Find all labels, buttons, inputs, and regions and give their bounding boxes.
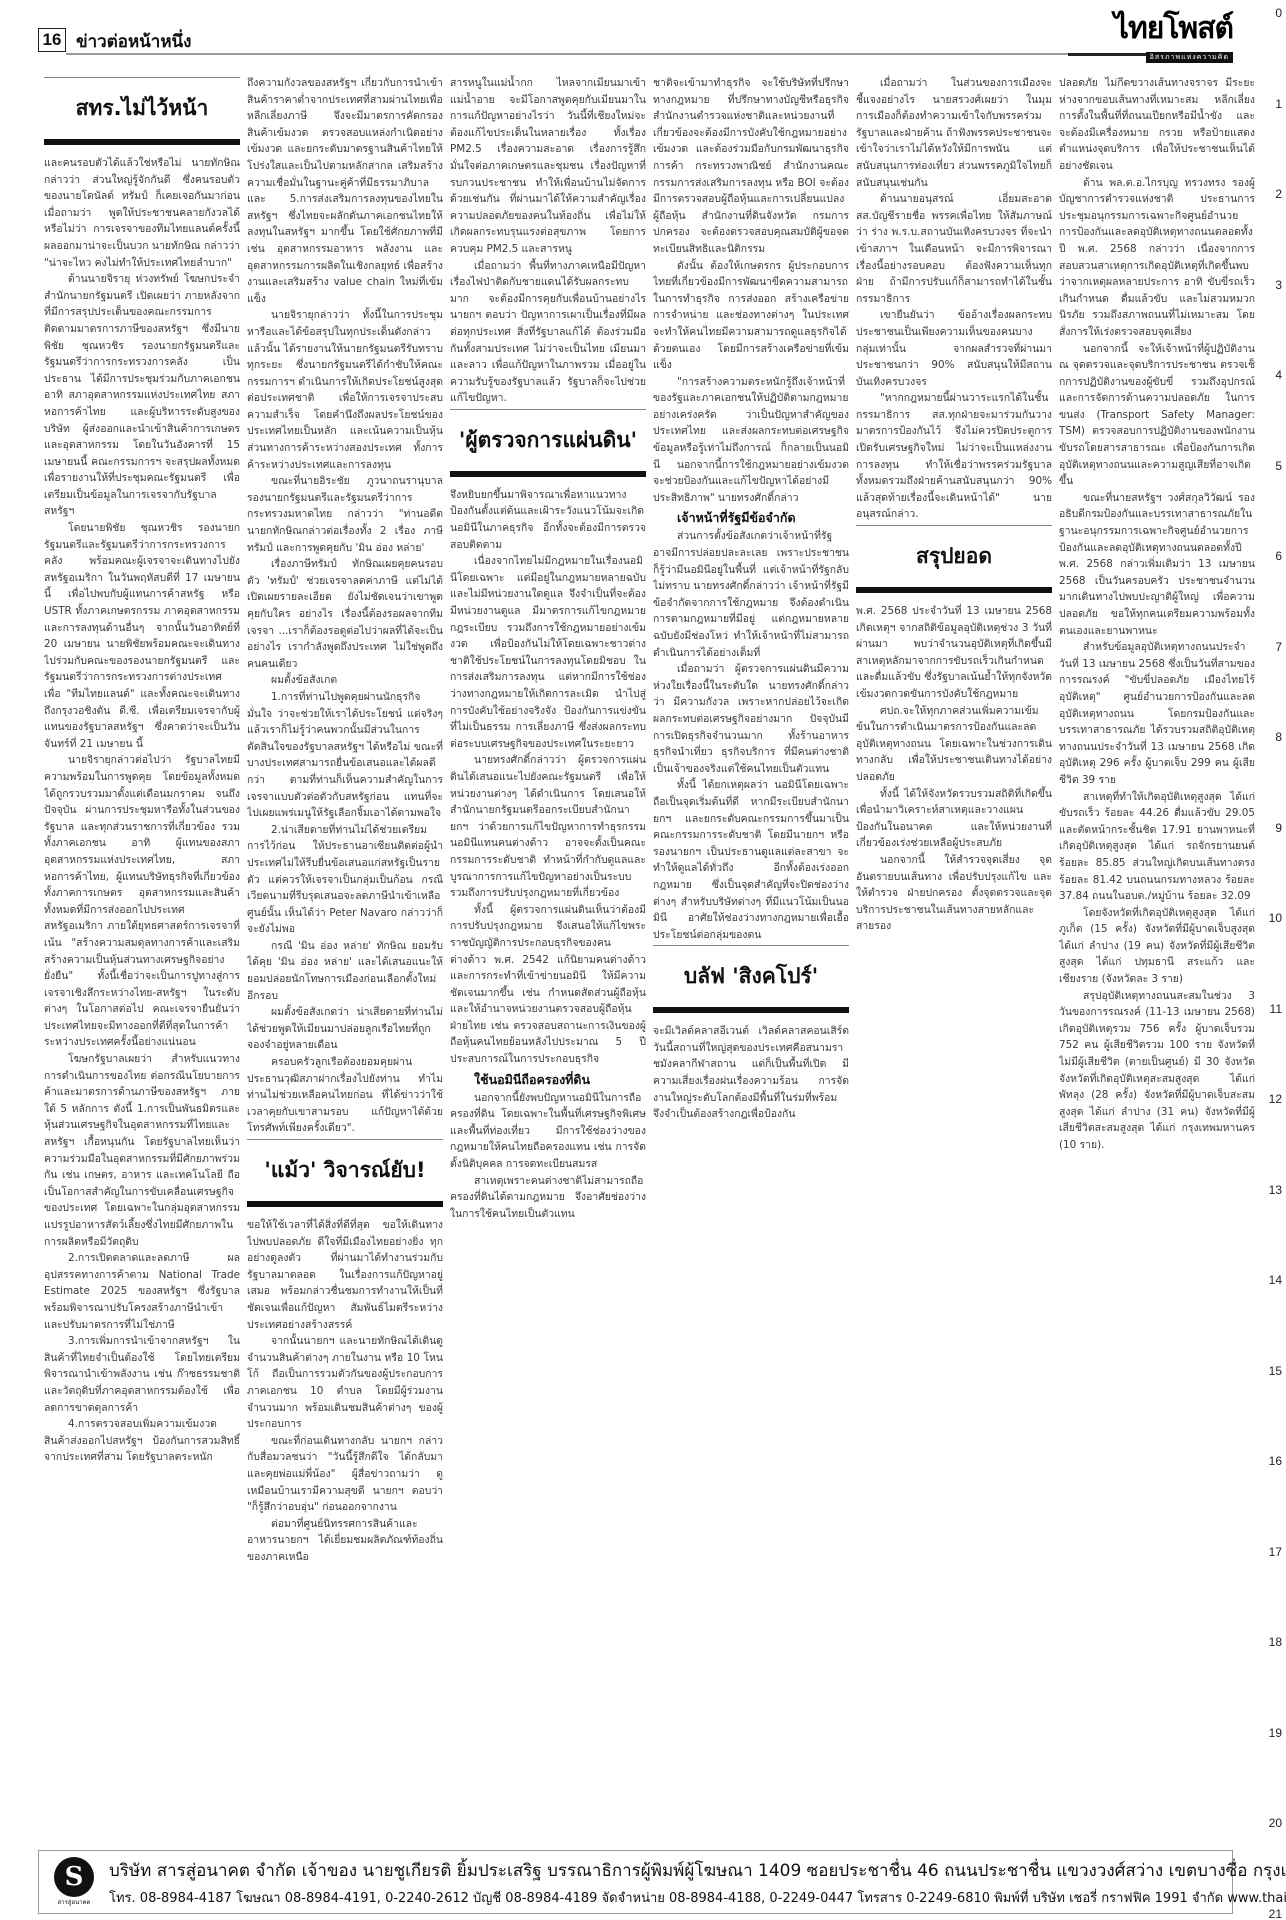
publisher-address: บริษัท สารสู่อนาคต จำกัด เจ้าของ นายชูเก…: [109, 1857, 1286, 1884]
ruler-mark: 17: [1269, 1545, 1282, 1559]
paragraph: จึงหยิบยกขึ้นมาพิจารณาเพื่อหาแนวทางป้องก…: [450, 487, 646, 553]
page-header: 16 ข่าวต่อหน้าหนึ่ง ไทยโพสต์ อิสรภาพแห่ง…: [38, 20, 1233, 58]
logo-wordmark: ไทยโพสต์: [1053, 14, 1233, 44]
paragraph: ขณะที่ก่อนเดินทางกลับ นายกฯ กล่าวกับสื่อ…: [247, 1433, 443, 1516]
paragraph: ส่วนการตั้งข้อสังเกตว่าเจ้าหน้าที่รัฐอาจ…: [653, 528, 849, 661]
paragraph: นอกจากนี้ยังพบปัญหานอมินีในการถือครองที่…: [450, 1090, 646, 1173]
paragraph: "การสร้างความตระหนักรู้ถึงเจ้าหน้าที่ของ…: [653, 374, 849, 507]
paragraph: ผมตั้งข้อสังเกต: [247, 672, 443, 689]
paragraph: สาเหตุที่ทำให้เกิดอุบัติเหตุสูงสุด ได้แก…: [1059, 789, 1255, 905]
ruler-mark: 21: [1269, 1907, 1282, 1920]
paragraph: สาเหตุเพราะคนต่างชาติไม่สามารถถือครองที่…: [450, 1173, 646, 1223]
publisher-footer: S สารสู่อนาคต บริษัท สารสู่อนาคต จำกัด เ…: [38, 1850, 1233, 1914]
paragraph: นายจิรายุกล่าวต่อไปว่า รัฐบาลไทยมีความพร…: [44, 752, 240, 1051]
logo-tagline: อิสรภาพแห่งความคิด: [1146, 52, 1233, 63]
column-6: ปลอดภัย ไม่กีดขวางเส้นทางจราจร มีระยะห่า…: [1059, 75, 1255, 1825]
newspaper-logo: ไทยโพสต์ อิสรภาพแห่งความคิด: [1053, 14, 1233, 54]
ruler-mark: 13: [1269, 1183, 1282, 1197]
ruler-mark: 11: [1270, 1002, 1282, 1016]
paragraph: เรื่องภาษีทรัมป์ ทักษิณเผยคุยคนรอบตัว 'ท…: [247, 556, 443, 672]
publisher-logo-caption: สารสู่อนาคต: [51, 1897, 97, 1907]
paragraph: กรณี 'มิน อ่อง หล่าย' ทักษิณ ยอมรับได้คุ…: [247, 938, 443, 1004]
paragraph: ปลอดภัย ไม่กีดขวางเส้นทางจราจร มีระยะห่า…: [1059, 75, 1255, 175]
paragraph: โดยจังหวัดที่เกิดอุบัติเหตุสูงสุด ได้แก่…: [1059, 905, 1255, 988]
paragraph: นายจิรายุกล่าวว่า ทั้งนี้ในการประชุมหารื…: [247, 307, 443, 473]
publisher-logo: S สารสู่อนาคต: [51, 1857, 97, 1909]
paragraph: จากนั้นนายกฯ และนายทักษิณได้เดินดูจำนวนส…: [247, 1333, 443, 1433]
paragraph: ทั้งนี้ ผู้ตรวจการแผ่นดินเห็นว่าต้องมีกา…: [450, 902, 646, 1068]
paragraph: และคนรอบตัวได้แล้วใช่หรือไม่ นายทักษิณ ก…: [44, 155, 240, 271]
paragraph: เมื่อถามว่า ผู้ตรวจการแผ่นดินมีความห่วงใ…: [653, 661, 849, 777]
ruler-mark: 15: [1269, 1364, 1282, 1378]
paragraph: ด้าน พล.ต.อ.ไกรบุญ ทรวงทรง รองผู้บัญชากา…: [1059, 175, 1255, 341]
paragraph: ชาติจะเข้ามาทำธุรกิจ จะใช้บริษัทที่ปรึกษ…: [653, 75, 849, 258]
column-3: สารหนูในแม่น้ำกก ไหลจากเมียนมาเข้าแม่น้ำ…: [450, 75, 646, 1825]
paragraph: ทั้งนี้ ได้ยกเหตุผลว่า นอมินีโดยเฉพาะ ถื…: [653, 777, 849, 943]
paragraph: ด้านนายอนุสรณ์ เอี่ยมสะอาด สส.บัญชีรายชื…: [856, 191, 1052, 307]
publisher-contacts: โทร. 08-8984-4187 โฆษณา 08-8984-4191, 0-…: [109, 1887, 1286, 1908]
paragraph: โฆษกรัฐบาลเผยว่า สำหรับแนวทางการดำเนินกา…: [44, 1051, 240, 1250]
paragraph: เมื่อถามว่า ในส่วนของการเมืองจะชี้แจงอย่…: [856, 75, 1052, 191]
paragraph: ขณะที่นายสหรัฐฯ วงศ์สกุลวิวัฒน์ รองอธิบด…: [1059, 490, 1255, 639]
paragraph: ศปถ.จะให้ทุกภาคส่วนเพิ่มความเข้มข้นในการ…: [856, 703, 1052, 786]
ruler-mark: 16: [1269, 1454, 1282, 1468]
headline-bottom-rule: [247, 1201, 443, 1207]
ruler-mark: 18: [1269, 1635, 1282, 1649]
paragraph: 3.การเพิ่มการนำเข้าจากสหรัฐฯ ในสินค้าที่…: [44, 1333, 240, 1416]
ruler-mark: 10: [1269, 911, 1282, 925]
paragraph: เนื่องจากไทยไม่มีกฎหมายในเรื่องนอมินีโดย…: [450, 553, 646, 752]
column-2: ถึงความกังวลของสหรัฐฯ เกี่ยวกับการนำเข้า…: [247, 75, 443, 1825]
section-headline: 'ผู้ตรวจการแผ่นดิน': [450, 409, 646, 477]
paragraph: "หากกฎหมายนี้ผ่านวาระแรกได้ในชั้นกรรมาธิ…: [856, 390, 1052, 523]
ruler-mark: 5: [1275, 459, 1282, 473]
paragraph: 2.น่าเสียดายที่ท่านไม่ได้ช่วยเตรียมการไว…: [247, 822, 443, 938]
headline-text: 'ผู้ตรวจการแผ่นดิน': [450, 410, 646, 471]
headline-bottom-rule: [856, 587, 1052, 593]
section-headline: บลัฟ 'สิงคโปร์': [653, 945, 849, 1013]
paragraph: โดยนายพิชัย ชุณหวชิร รองนายกรัฐมนตรีและร…: [44, 520, 240, 752]
paragraph: ต่อมาที่ศูนย์นิทรรศการสินค้าและอาหารนายก…: [247, 1516, 443, 1566]
ruler-mark: 12: [1269, 1092, 1282, 1106]
ruler-mark: 20: [1269, 1816, 1282, 1830]
paragraph: ดังนั้น ต้องให้เกษตรกร ผู้ประกอบการไทยที…: [653, 258, 849, 374]
headline-bottom-rule: [653, 1007, 849, 1013]
paragraph: พ.ศ. 2568 ประจำวันที่ 13 เมษายน 2568 เกิ…: [856, 603, 1052, 703]
subheading: เจ้าหน้าที่รัฐมีข้อจำกัด: [653, 508, 849, 528]
paragraph: 4.การตรวจสอบเพิ่มความเข้มงวดสินค้าส่งออก…: [44, 1416, 240, 1466]
ruler-mark: 0: [1275, 6, 1282, 20]
ruler-mark: 6: [1275, 549, 1282, 563]
ruler-mark: 2: [1275, 187, 1282, 201]
paragraph: เขายืนยันว่า ข้ออ้างเรื่องผลกระทบประชาชน…: [856, 307, 1052, 390]
section-title: ข่าวต่อหน้าหนึ่ง: [76, 28, 191, 55]
column-1: สทร.ไม่ไว้หน้าและคนรอบตัวได้แล้วใช่หรือไ…: [44, 75, 240, 1825]
line-ruler: 0123456789101112131415161718192021: [1262, 0, 1286, 1920]
paragraph: ครอบครัวลูกเรือต้องยอมคุยผ่านประธานวุฒิส…: [247, 1054, 443, 1137]
paragraph: สารหนูในแม่น้ำกก ไหลจากเมียนมาเข้าแม่น้ำ…: [450, 75, 646, 258]
ruler-mark: 14: [1269, 1273, 1282, 1287]
headline-bottom-rule: [44, 139, 240, 145]
publisher-logo-icon: S: [54, 1857, 94, 1897]
section-headline: 'แม้ว' วิจารณ์ยับ!: [247, 1139, 443, 1207]
headline-text: บลัฟ 'สิงคโปร์': [653, 946, 849, 1007]
ruler-mark: 4: [1275, 368, 1282, 382]
paragraph: จะมีเวิลด์คลาสอีเวนต์ เวิลด์คลาสคอนเสิร์…: [653, 1023, 849, 1123]
paragraph: ขอให้ใช้เวลาที่ได้สิ่งที่ดีที่สุด ขอให้เ…: [247, 1217, 443, 1333]
paragraph: สรุปอุบัติเหตุทางถนนสะสมในช่วง 3 วันของก…: [1059, 988, 1255, 1154]
paragraph: ทั้งนี้ ได้ให้จังหวัดรวบรวมสถิติที่เกิดข…: [856, 786, 1052, 852]
ruler-mark: 7: [1275, 640, 1282, 654]
paragraph: นายทรงศักดิ์กล่าวว่า ผู้ตรวจการแผ่นดินได…: [450, 752, 646, 901]
subheading: ใช้นอมินีถือครองที่ดิน: [450, 1070, 646, 1090]
paragraph: เมื่อถามว่า พื้นที่ทางภาคเหนือมีปัญหาเรื…: [450, 258, 646, 407]
ruler-mark: 3: [1275, 278, 1282, 292]
paragraph: นอกจากนี้ ให้สำรวจจุดเสี่ยง จุดอันตรายบน…: [856, 852, 1052, 935]
paragraph: ขณะที่นายอิระชัย ภูวนาถนรานุบาล รองนายกร…: [247, 473, 443, 556]
headline-bottom-rule: [450, 471, 646, 477]
headline-text: 'แม้ว' วิจารณ์ยับ!: [247, 1140, 443, 1201]
paragraph: 2.การเปิดตลาดและลดภาษี ผลอุปสรรคทางการค้…: [44, 1250, 240, 1333]
paragraph: ถึงความกังวลของสหรัฐฯ เกี่ยวกับการนำเข้า…: [247, 75, 443, 307]
page-number: 16: [38, 28, 66, 52]
paragraph: 1.การที่ท่านไปพูดคุยผ่านนักธุรกิจมั่นใจ …: [247, 689, 443, 822]
headline-text: สทร.ไม่ไว้หน้า: [44, 78, 240, 139]
ruler-mark: 19: [1269, 1726, 1282, 1740]
ruler-mark: 8: [1275, 730, 1282, 744]
column-4: ชาติจะเข้ามาทำธุรกิจ จะใช้บริษัทที่ปรึกษ…: [653, 75, 849, 1825]
headline-text: สรุปยอด: [856, 526, 1052, 587]
paragraph: ด้านนายจิรายุ ห่วงทรัพย์ โฆษกประจำสำนักน…: [44, 271, 240, 520]
section-headline: สทร.ไม่ไว้หน้า: [44, 77, 240, 145]
section-headline: สรุปยอด: [856, 525, 1052, 593]
paragraph: ผมตั้งข้อสังเกตว่า น่าเสียดายที่ท่านไม่ไ…: [247, 1004, 443, 1054]
article-columns: สทร.ไม่ไว้หน้าและคนรอบตัวได้แล้วใช่หรือไ…: [44, 75, 1239, 1825]
paragraph: สำหรับข้อมูลอุบัติเหตุทางถนนประจำวันที่ …: [1059, 639, 1255, 788]
ruler-mark: 1: [1275, 97, 1282, 111]
column-5: เมื่อถามว่า ในส่วนของการเมืองจะชี้แจงอย่…: [856, 75, 1052, 1825]
paragraph: นอกจากนี้ จะให้เจ้าหน้าที่ผู้ปฏิบัติงาน …: [1059, 341, 1255, 490]
ruler-mark: 9: [1275, 821, 1282, 835]
